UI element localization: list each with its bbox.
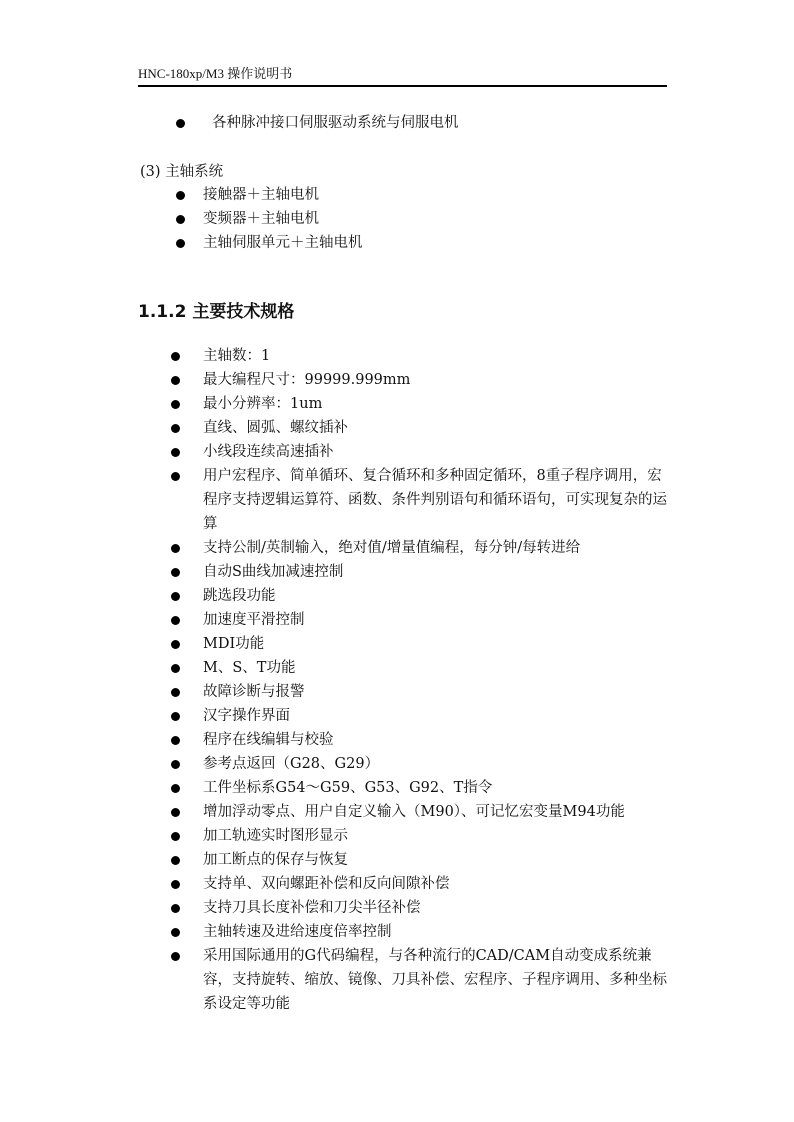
spindle-item-text: 变频器＋主轴电机 <box>203 207 319 231</box>
spec-item-text: 采用国际通用的G代码编程，与各种流行的CAD/CAM自动变成系统兼容，支持旋转、… <box>203 944 668 1016</box>
spec-item-text: 自动S曲线加减速控制 <box>203 560 668 584</box>
spec-item-text: 支持单、双向螺距补偿和反向间隙补偿 <box>203 872 668 896</box>
bullet-icon <box>171 592 180 601</box>
page-header: HNC-180xp/M3 操作说明书 <box>138 66 667 87</box>
bullet-icon <box>171 784 180 793</box>
bullet-icon <box>171 904 180 913</box>
spec-item-text: 主轴数：1 <box>203 344 668 368</box>
bullet-icon <box>176 119 185 128</box>
spec-item-text: 直线、圆弧、螺纹插补 <box>203 416 668 440</box>
bullet-icon <box>171 352 180 361</box>
bullet-icon <box>171 952 180 961</box>
spec-item-text: 最小分辨率：1um <box>203 392 668 416</box>
spec-item-text: 跳选段功能 <box>203 584 668 608</box>
spec-item-text: 最大编程尺寸：99999.999mm <box>203 368 668 392</box>
bullet-icon <box>176 215 185 224</box>
bullet-icon <box>171 856 180 865</box>
spec-item-text: 加工断点的保存与恢复 <box>203 848 668 872</box>
bullet-icon <box>171 760 180 769</box>
bullet-icon <box>171 928 180 937</box>
servo-item-text: 各种脉冲接口伺服驱动系统与伺服电机 <box>212 111 459 135</box>
bullet-icon <box>171 736 180 745</box>
spec-item-text: 故障诊断与报警 <box>203 680 668 704</box>
bullet-icon <box>171 472 180 481</box>
bullet-icon <box>171 808 180 817</box>
bullet-icon <box>171 424 180 433</box>
spindle-section-label: (3) 主轴系统 <box>140 160 223 184</box>
spec-item-text: MDI功能 <box>203 632 668 656</box>
spec-item-text: 加工轨迹实时图形显示 <box>203 824 668 848</box>
spec-item-text: 用户宏程序、简单循环、复合循环和多种固定循环，8重子程序调用，宏程序支持逻辑运算… <box>203 464 668 536</box>
bullet-icon <box>171 712 180 721</box>
bullet-icon <box>171 880 180 889</box>
bullet-icon <box>176 191 185 200</box>
bullet-icon <box>171 376 180 385</box>
spec-item-text: 程序在线编辑与校验 <box>203 728 668 752</box>
bullet-icon <box>171 616 180 625</box>
bullet-icon <box>171 448 180 457</box>
spec-item-text: 汉字操作界面 <box>203 704 668 728</box>
bullet-icon <box>171 544 180 553</box>
bullet-icon <box>171 688 180 697</box>
spec-item-text: 参考点返回（G28、G29） <box>203 752 668 776</box>
spec-item-text: 主轴转速及进给速度倍率控制 <box>203 920 668 944</box>
spec-item-text: 支持刀具长度补偿和刀尖半径补偿 <box>203 896 668 920</box>
bullet-icon <box>171 664 180 673</box>
document-title: HNC-180xp/M3 操作说明书 <box>138 63 292 82</box>
section-heading: 1.1.2 主要技术规格 <box>138 300 294 324</box>
bullet-icon <box>171 568 180 577</box>
bullet-icon <box>171 832 180 841</box>
spec-item-text: 加速度平滑控制 <box>203 608 668 632</box>
spec-item-text: 小线段连续高速插补 <box>203 440 668 464</box>
bullet-icon <box>171 640 180 649</box>
bullet-icon <box>176 239 185 248</box>
spec-item-text: 工件坐标系G54～G59、G53、G92、T指令 <box>203 776 668 800</box>
spindle-item-text: 接触器＋主轴电机 <box>203 183 319 207</box>
spec-item-text: M、S、T功能 <box>203 656 668 680</box>
bullet-icon <box>171 400 180 409</box>
spindle-item-text: 主轴伺服单元＋主轴电机 <box>203 231 363 255</box>
spec-item-text: 增加浮动零点、用户自定义输入（M90）、可记忆宏变量M94功能 <box>203 800 668 824</box>
spec-item-text: 支持公制/英制输入，绝对值/增量值编程，每分钟/每转进给 <box>203 536 668 560</box>
